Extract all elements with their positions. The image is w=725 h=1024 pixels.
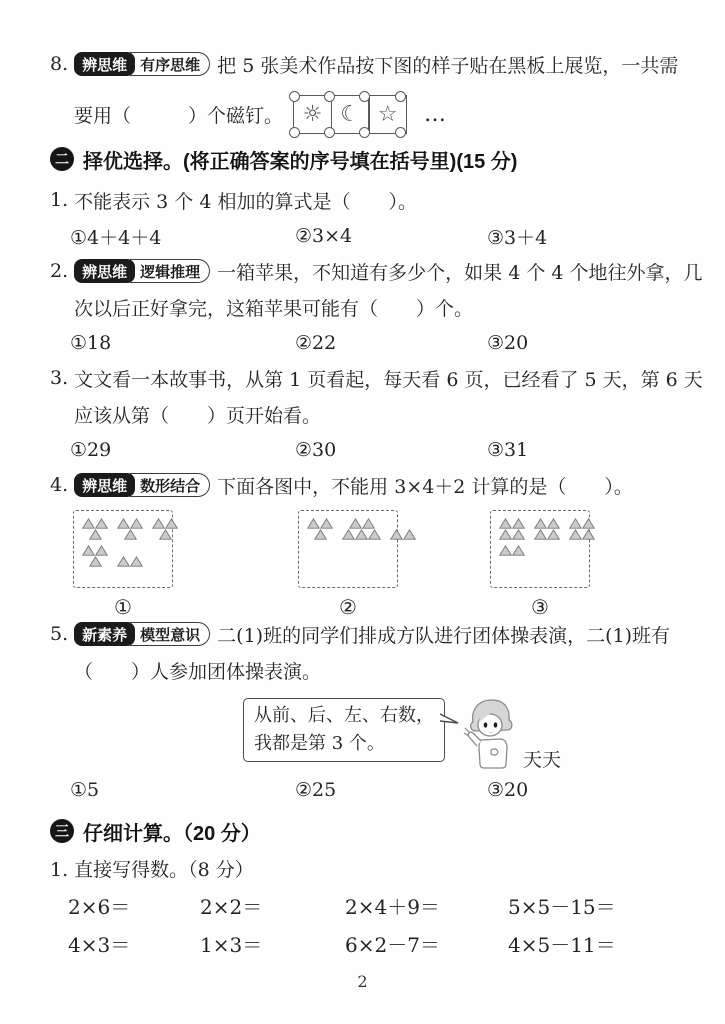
triangle-icon — [499, 545, 512, 556]
question-3: 3. 文文看一本故事书，从第 1 页看起，每天看 6 页，已经看了 5 天，第 … — [50, 360, 691, 468]
triangle-icon — [499, 518, 512, 529]
triangle-icon — [547, 529, 560, 540]
triangle-row — [124, 529, 137, 540]
section-2-marker-icon: 二 — [50, 147, 74, 171]
triangle-row — [534, 529, 560, 540]
triangle-cluster-of-4 — [499, 518, 525, 540]
triangle-cluster-row — [82, 545, 166, 567]
triangle-icon — [534, 518, 547, 529]
section-3-header: 三 仔细计算。（20 分） — [50, 814, 691, 848]
section-3-marker-icon: 三 — [50, 819, 74, 843]
question-text: 次以后正好拿完，这箱苹果可能有（ ）个。 — [74, 294, 473, 321]
magnet-cells: ☼ ☾ ☆ — [293, 95, 410, 134]
triangle-icon — [82, 545, 95, 556]
question-number: 5. — [50, 623, 68, 645]
triangle-cluster-of-3 — [82, 545, 108, 567]
question-text: 把 5 张美术作品按下图的样子贴在黑板上展览，一共需 — [217, 51, 678, 78]
magnet-dot — [289, 91, 300, 102]
triangle-row — [307, 518, 333, 529]
section-3-sub1: 1. 直接写得数。（8 分） — [50, 850, 691, 886]
triangle-cluster-of-4 — [569, 518, 595, 540]
figure-option-3: ③ — [490, 510, 590, 619]
triangle-row — [342, 529, 381, 540]
triangle-icon — [362, 518, 375, 529]
badge-shuxingjiehe: 数形结合 — [130, 473, 210, 497]
magnet-dot — [324, 127, 335, 138]
triangle-row — [117, 556, 143, 567]
question-8-line1: 8. 辨思维 有序思维 把 5 张美术作品按下图的样子贴在黑板上展览，一共需 — [50, 46, 691, 82]
calc-expression: 2×4＋9＝ — [345, 891, 508, 920]
character-name: 天天 — [523, 745, 561, 772]
question-text: 文文看一本故事书，从第 1 页看起，每天看 6 页，已经看了 5 天，第 6 天 — [74, 365, 703, 392]
triangle-icon — [95, 518, 108, 529]
triangle-icon — [403, 529, 416, 540]
triangle-icon — [512, 529, 525, 540]
option-2: ②25 — [295, 779, 487, 801]
triangle-cluster-of-2 — [499, 545, 525, 556]
triangle-row — [569, 529, 595, 540]
triangle-row — [82, 518, 108, 529]
page-number: 2 — [0, 972, 725, 991]
triangle-icon — [152, 518, 165, 529]
calc-grid: 2×6＝ 2×2＝ 2×4＋9＝ 5×5－15＝ 4×3＝ 1×3＝ 6×2－7… — [50, 886, 691, 962]
triangle-group-box — [298, 510, 398, 588]
triangle-icon — [349, 518, 362, 529]
calc-expression: 4×5－11＝ — [508, 929, 616, 958]
section-2-header: 二 择优选择。(将正确答案的序号填在括号里)(15 分) — [50, 142, 691, 176]
calc-expression: 5×5－15＝ — [508, 891, 616, 920]
triangle-icon — [499, 529, 512, 540]
question-4-figures: ① ② ③ — [50, 510, 691, 630]
bubble-text-line2: 我都是第 3 个。 — [254, 730, 434, 758]
question-2-line2: 次以后正好拿完，这箱苹果可能有（ ）个。 — [50, 289, 691, 325]
speech-bubble: 从前、后、左、右数， 我都是第 3 个。 — [243, 698, 445, 762]
triangle-icon — [582, 518, 595, 529]
triangle-cluster-row — [499, 545, 583, 556]
question-3-line1: 3. 文文看一本故事书，从第 1 页看起，每天看 6 页，已经看了 5 天，第 … — [50, 360, 691, 396]
question-badge: 辨思维 逻辑推理 — [74, 259, 210, 283]
magnet-dot — [395, 91, 406, 102]
question-5-options: ①5 ②25 ③20 — [50, 772, 691, 808]
option-2: ②3×4 — [295, 225, 487, 247]
triangle-icon — [534, 529, 547, 540]
question-text: 应该从第（ ）页开始看。 — [74, 401, 321, 428]
triangle-icon — [342, 529, 355, 540]
triangle-icon — [159, 529, 172, 540]
triangle-group-box — [73, 510, 173, 588]
triangle-icon — [82, 518, 95, 529]
triangle-icon — [314, 529, 327, 540]
question-number: 8. — [50, 53, 68, 75]
triangle-icon — [355, 529, 368, 540]
triangle-row — [89, 556, 102, 567]
magnet-dot — [359, 91, 370, 102]
triangle-icon — [117, 518, 130, 529]
question-badge: 新素养 模型意识 — [74, 622, 210, 646]
question-2-line1: 2. 辨思维 逻辑推理 一箱苹果，不知道有多少个，如果 4 个 4 个地往外拿，… — [50, 253, 691, 289]
triangle-row — [499, 529, 525, 540]
bubble-tail-icon — [439, 711, 461, 729]
triangle-cluster-of-2 — [390, 529, 416, 540]
badge-luojituili: 逻辑推理 — [130, 259, 210, 283]
calc-expression: 2×2＝ — [200, 891, 345, 920]
question-number: 4. — [50, 474, 68, 496]
triangle-icon — [130, 556, 143, 567]
question-badge: 辨思维 数形结合 — [74, 473, 210, 497]
section-3-title: 仔细计算。（20 分） — [83, 817, 261, 846]
triangle-row — [499, 518, 525, 529]
question-1: 1. 不能表示 3 个 4 相加的算式是（ ）。 ①4＋4＋4 ②3×4 ③3＋… — [50, 182, 691, 254]
worksheet-page: 8. 辨思维 有序思维 把 5 张美术作品按下图的样子贴在黑板上展览，一共需 要… — [0, 0, 725, 1024]
triangle-icon — [307, 518, 320, 529]
triangle-row — [569, 518, 595, 529]
question-5: 5. 新素养 模型意识 二(1)班的同学们排成方队进行团体操表演，二(1)班有 … — [50, 616, 691, 688]
triangle-icon — [320, 518, 333, 529]
triangle-cluster-row — [499, 518, 583, 540]
calc-expression: 4×3＝ — [68, 929, 200, 958]
question-text: 要用（ ）个磁钉。 — [74, 101, 283, 128]
question-5-line1: 5. 新素养 模型意识 二(1)班的同学们排成方队进行团体操表演，二(1)班有 — [50, 616, 691, 652]
question-4-line1: 4. 辨思维 数形结合 下面各图中，不能用 3×4＋2 计算的是（ ）。 — [50, 467, 691, 503]
triangle-icon — [390, 529, 403, 540]
badge-xinsuyang: 新素养 — [74, 622, 135, 646]
question-number: 1. — [50, 189, 68, 211]
bubble-text-line1: 从前、后、左、右数， — [254, 702, 434, 730]
triangle-icon — [368, 529, 381, 540]
question-text: 一箱苹果，不知道有多少个，如果 4 个 4 个地往外拿，几 — [217, 258, 702, 285]
figure-option-1: ① — [73, 510, 173, 619]
triangle-icon — [512, 518, 525, 529]
badge-youxusiwei: 有序思维 — [130, 52, 210, 76]
triangle-icon — [569, 529, 582, 540]
triangle-cluster-of-5 — [342, 518, 381, 540]
question-8: 8. 辨思维 有序思维 把 5 张美术作品按下图的样子贴在黑板上展览，一共需 要… — [50, 46, 691, 132]
triangle-row — [390, 529, 416, 540]
triangle-icon — [89, 529, 102, 540]
triangle-cluster-row — [82, 518, 166, 540]
triangle-row — [152, 518, 178, 529]
triangle-cluster-of-3 — [117, 518, 143, 540]
triangle-row — [314, 529, 327, 540]
triangle-cluster-of-4 — [534, 518, 560, 540]
question-4: 4. 辨思维 数形结合 下面各图中，不能用 3×4＋2 计算的是（ ）。 ① ②… — [50, 467, 691, 617]
question-1-line1: 1. 不能表示 3 个 4 相加的算式是（ ）。 — [50, 182, 691, 218]
triangle-icon — [165, 518, 178, 529]
calc-row-2: 4×3＝ 1×3＝ 6×2－7＝ 4×5－11＝ — [50, 924, 691, 962]
triangle-icon — [512, 545, 525, 556]
badge-biansiwei: 辨思维 — [74, 473, 135, 497]
option-1: ①5 — [70, 779, 295, 801]
triangle-group-box — [490, 510, 590, 588]
triangle-row — [349, 518, 375, 529]
triangle-cluster-of-3 — [152, 518, 178, 540]
question-8-line2: 要用（ ）个磁钉。 ☼ ☾ ☆ … — [50, 96, 691, 132]
magnet-board-figure: ☼ ☾ ☆ — [293, 95, 410, 134]
option-2: ②30 — [295, 439, 487, 461]
option-3: ③31 — [487, 439, 528, 461]
triangle-icon — [582, 529, 595, 540]
option-3: ③20 — [487, 332, 528, 354]
option-3: ③3＋4 — [487, 223, 547, 250]
triangle-cluster-of-3 — [307, 518, 333, 540]
triangle-cluster-of-3 — [82, 518, 108, 540]
triangle-row — [117, 518, 143, 529]
question-text: 下面各图中，不能用 3×4＋2 计算的是（ ）。 — [217, 472, 633, 499]
triangle-row — [499, 545, 525, 556]
question-text: 不能表示 3 个 4 相加的算式是（ ）。 — [74, 187, 417, 214]
question-1-options: ①4＋4＋4 ②3×4 ③3＋4 — [50, 218, 691, 254]
calc-expression: 6×2－7＝ — [345, 929, 508, 958]
option-1: ①4＋4＋4 — [70, 223, 295, 250]
question-number: 2. — [50, 260, 68, 282]
triangle-cluster-row — [307, 518, 391, 540]
calc-expression: 2×6＝ — [68, 891, 200, 920]
triangle-icon — [124, 529, 137, 540]
calc-expression: 1×3＝ — [200, 929, 345, 958]
question-2-options: ①18 ②22 ③20 — [50, 325, 691, 361]
speech-bubble-group: 从前、后、左、右数， 我都是第 3 个。 天天 — [243, 698, 561, 772]
question-number: 3. — [50, 367, 68, 389]
calc-row-1: 2×6＝ 2×2＝ 2×4＋9＝ 5×5－15＝ — [50, 886, 691, 924]
option-1: ①29 — [70, 439, 295, 461]
magnet-dot — [359, 127, 370, 138]
triangle-icon — [130, 518, 143, 529]
section-2-title: 择优选择。(将正确答案的序号填在括号里)(15 分) — [83, 145, 517, 174]
badge-moxingyishi: 模型意识 — [130, 622, 210, 646]
question-text: （ ）人参加团体操表演。 — [74, 657, 321, 684]
character-figure: 天天 — [461, 698, 561, 772]
question-text: 二(1)班的同学们排成方队进行团体操表演，二(1)班有 — [217, 621, 670, 648]
triangle-icon — [569, 518, 582, 529]
option-1: ①18 — [70, 332, 295, 354]
triangle-row — [89, 529, 102, 540]
magnet-dot — [324, 91, 335, 102]
triangle-icon — [547, 518, 560, 529]
magnet-dot — [395, 127, 406, 138]
question-2: 2. 辨思维 逻辑推理 一箱苹果，不知道有多少个，如果 4 个 4 个地往外拿，… — [50, 253, 691, 361]
option-3: ③20 — [487, 779, 528, 801]
triangle-icon — [89, 556, 102, 567]
badge-biansiwei: 辨思维 — [74, 52, 135, 76]
question-3-line2: 应该从第（ ）页开始看。 — [50, 396, 691, 432]
question-3-options: ①29 ②30 ③31 — [50, 432, 691, 468]
triangle-cluster-of-2 — [117, 556, 143, 567]
triangle-row — [159, 529, 172, 540]
triangle-row — [534, 518, 560, 529]
sub-question-text: 1. 直接写得数。（8 分） — [50, 855, 254, 882]
figure-option-2: ② — [298, 510, 398, 619]
ellipsis-text: … — [424, 102, 448, 127]
triangle-row — [82, 545, 108, 556]
option-2: ②22 — [295, 332, 487, 354]
question-badge: 辨思维 有序思维 — [74, 52, 210, 76]
badge-biansiwei: 辨思维 — [74, 259, 135, 283]
triangle-icon — [95, 545, 108, 556]
boy-cartoon-icon — [461, 698, 523, 772]
triangle-icon — [117, 556, 130, 567]
question-5-line2: （ ）人参加团体操表演。 — [50, 652, 691, 688]
magnet-dot — [289, 127, 300, 138]
